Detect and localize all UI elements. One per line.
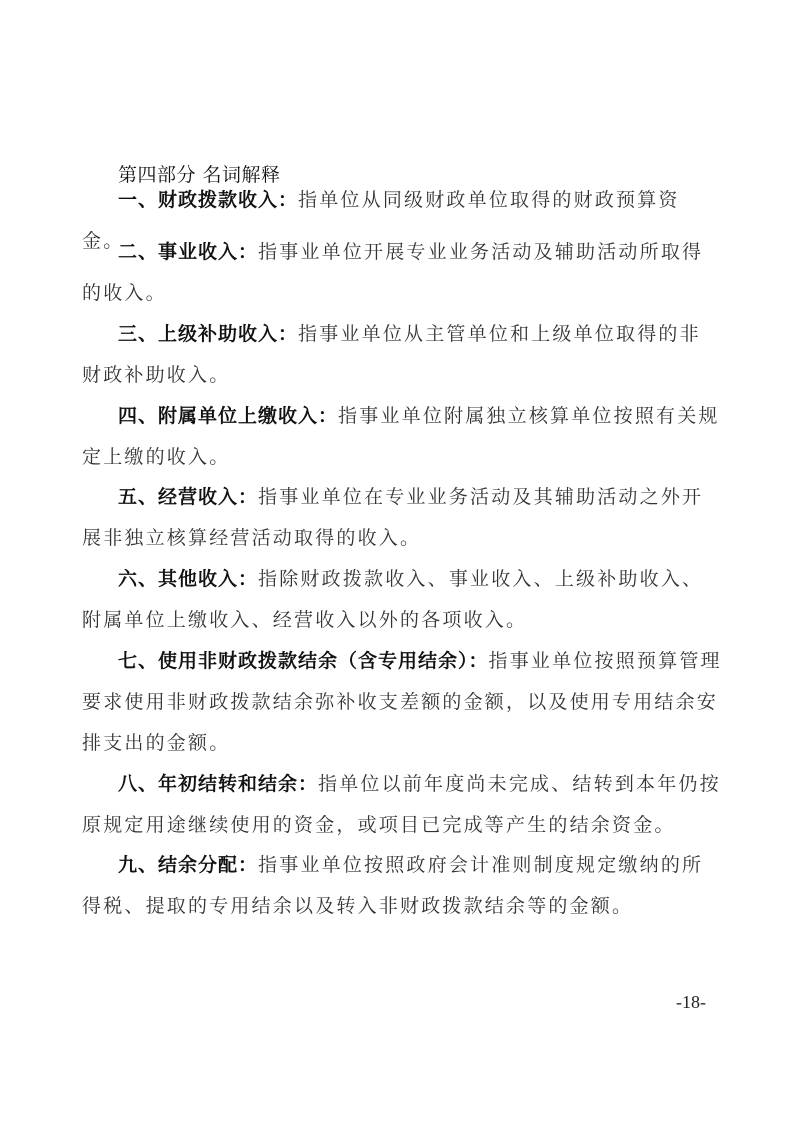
definition-term: 三、上级补助收入： — [118, 323, 298, 345]
definition-term: 二、事业收入： — [118, 241, 258, 263]
definition-term: 五、经营收入： — [118, 486, 258, 508]
definition-term: 九、结余分配： — [118, 854, 258, 876]
definition-term: 七、使用非财政拨款结余（含专用结余）： — [118, 650, 489, 672]
definition-term: 四、附属单位上缴收入： — [118, 405, 338, 427]
definition-3: 三、上级补助收入：指事业单位从主管单位和上级单位取得的非财政补助收入。 — [82, 314, 722, 396]
definition-8: 八、年初结转和结余：指单位以前年度尚未完成、结转到本年仍按原规定用途继续使用的资… — [82, 764, 722, 846]
definition-term: 八、年初结转和结余： — [118, 773, 318, 795]
page-number: -18- — [676, 992, 706, 1013]
definition-2: 二、事业收入：指事业单位开展专业业务活动及辅助活动所取得的收入。 — [82, 232, 722, 314]
definition-7: 七、使用非财政拨款结余（含专用结余）：指事业单位按照预算管理要求使用非财政拨款结… — [82, 641, 722, 764]
definition-4: 四、附属单位上缴收入：指事业单位附属独立核算单位按照有关规定上缴的收入。 — [82, 396, 722, 478]
definition-6: 六、其他收入：指除财政拨款收入、事业收入、上级补助收入、附属单位上缴收入、经营收… — [82, 559, 722, 641]
definition-term: 六、其他收入： — [118, 568, 258, 590]
definition-term: 一、财政拨款收入： — [118, 189, 298, 211]
definition-9: 九、结余分配：指事业单位按照政府会计准则制度规定缴纳的所得税、提取的专用结余以及… — [82, 845, 722, 927]
definition-5: 五、经营收入：指事业单位在专业业务活动及其辅助活动之外开展非独立核算经营活动取得… — [82, 477, 722, 559]
document-page: 第四部分 名词解释 一、财政拨款收入：指单位从同级财政单位取得的财政预算资金。 … — [0, 0, 794, 1122]
